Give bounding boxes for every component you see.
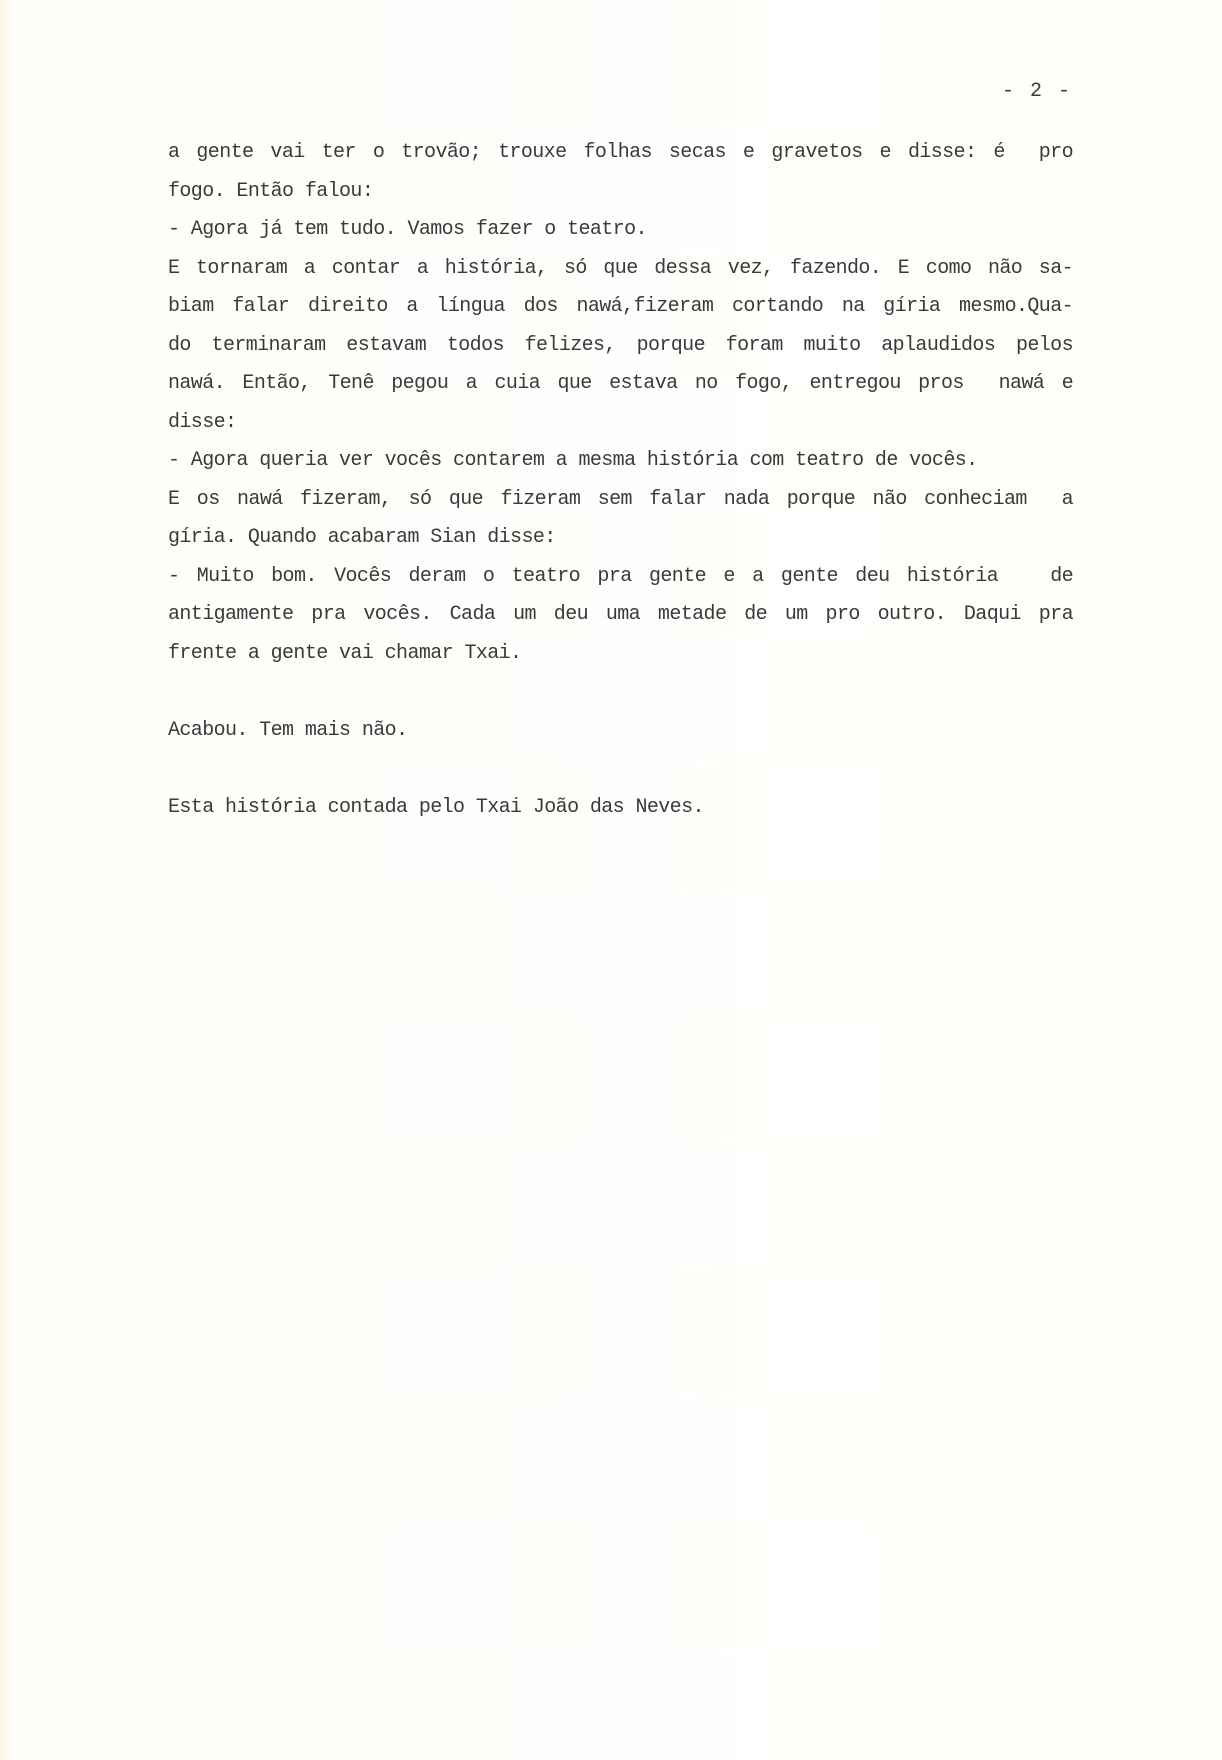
text-line: gíria. Quando acabaram Sian disse: (168, 519, 1073, 558)
text-line: E tornaram a contar a história, só que d… (168, 250, 1073, 289)
story-text: a gente vai ter o trovão; trouxe folhas … (168, 134, 1073, 827)
text-line: do terminaram estavam todos felizes, por… (168, 327, 1073, 366)
text-line: fogo. Então falou: (168, 173, 1073, 212)
dialogue-line: - Agora queria ver vocês contarem a mesm… (168, 442, 1073, 481)
text-line: biam falar direito a língua dos nawá,fiz… (168, 288, 1073, 327)
text-line: a gente vai ter o trovão; trouxe folhas … (168, 134, 1073, 173)
closing-line: Acabou. Tem mais não. (168, 712, 1073, 751)
blank-line (168, 750, 1073, 789)
document-page: - 2 - a gente vai ter o trovão; trouxe f… (0, 0, 1222, 1760)
dialogue-line: - Agora já tem tudo. Vamos fazer o teatr… (168, 211, 1073, 250)
text-line: nawá. Então, Tenê pegou a cuia que estav… (168, 365, 1073, 404)
attribution-line: Esta história contada pelo Txai João das… (168, 789, 1073, 828)
text-line: disse: (168, 404, 1073, 443)
text-line: antigamente pra vocês. Cada um deu uma m… (168, 596, 1073, 635)
text-line: E os nawá fizeram, só que fizeram sem fa… (168, 481, 1073, 520)
text-line: frente a gente vai chamar Txai. (168, 635, 1073, 674)
dialogue-line: - Muito bom. Vocês deram o teatro pra ge… (168, 558, 1073, 597)
page-number: - 2 - (1002, 80, 1072, 103)
blank-line (168, 673, 1073, 712)
